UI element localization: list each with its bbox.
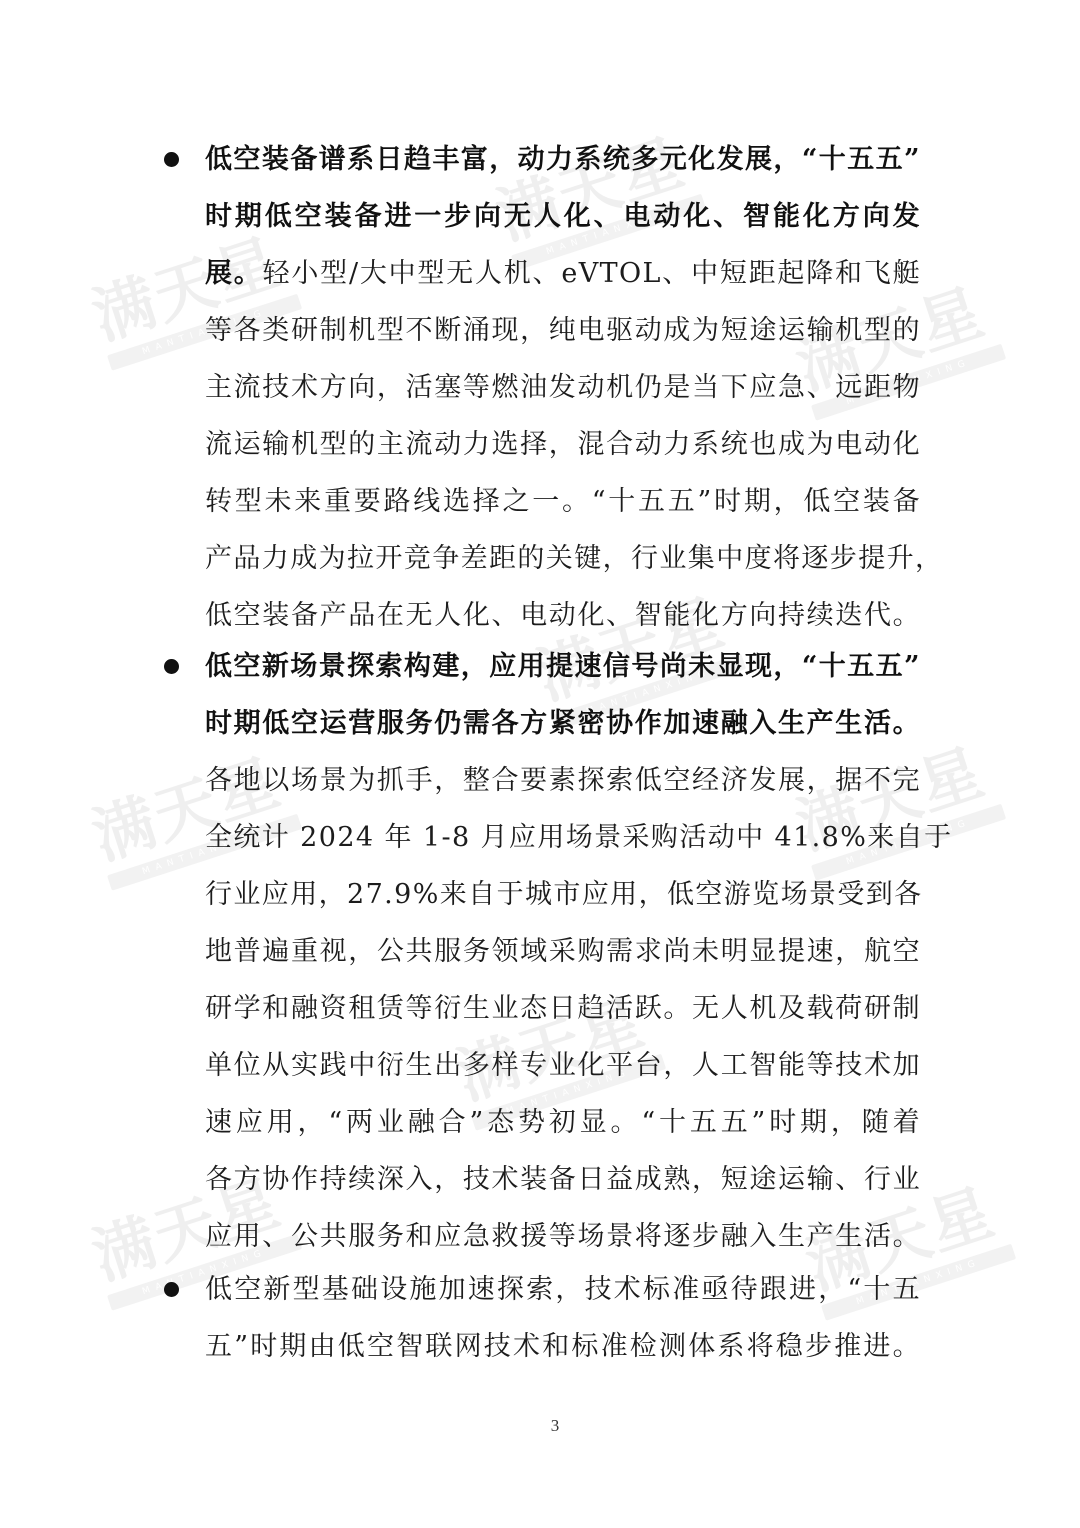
text-line: 行业应用，27.9%来自于城市应用，低空游览场景受到各	[205, 866, 921, 923]
body-text: 单位从实践中衍生出多样专业化平台，人工智能等技术加	[205, 1050, 921, 1081]
bullet-icon	[164, 152, 179, 167]
bold-lead-text: 低空装备谱系日趋丰富，动力系统多元化发展，“十五五”	[205, 144, 921, 175]
text-line: 等各类研制机型不断涌现，纯电驱动成为短途运输机型的	[205, 302, 921, 359]
bullet-item-infrastructure: 低空新型基础设施加速探索，技术标准亟待跟进，“十五 五”时期由低空智联网技术和标…	[205, 1261, 921, 1375]
text-line: 低空装备谱系日趋丰富，动力系统多元化发展，“十五五”	[205, 131, 921, 188]
text-line: 应用、公共服务和应急救援等场景将逐步融入生产生活。	[205, 1208, 921, 1265]
page-number: 3	[540, 1416, 570, 1436]
text-line: 各地以场景为抓手，整合要素探索低空经济发展，据不完	[205, 752, 921, 809]
text-line: 流运输机型的主流动力选择，混合动力系统也成为电动化	[205, 416, 921, 473]
bold-lead-text: 展。	[205, 258, 263, 289]
text-line: 速应用，“两业融合”态势初显。“十五五”时期，随着	[205, 1094, 921, 1151]
body-text: 行业应用，27.9%来自于城市应用，低空游览场景受到各	[205, 879, 923, 910]
paragraph: 低空装备谱系日趋丰富，动力系统多元化发展，“十五五” 时期低空装备进一步向无人化…	[205, 131, 921, 644]
text-line: 地普遍重视，公共服务领域采购需求尚未明显提速，航空	[205, 923, 921, 980]
text-line: 时期低空装备进一步向无人化、电动化、智能化方向发	[205, 188, 921, 245]
document-page: 满天星 MANTIANXING 满天星 MANTIANXING 满天星 MANT…	[0, 0, 1080, 1528]
text-line: 低空新型基础设施加速探索，技术标准亟待跟进，“十五	[205, 1261, 921, 1318]
bold-lead-text: 低空新场景探索构建，应用提速信号尚未显现，“十五五”	[205, 651, 921, 682]
body-text: 低空新型基础设施加速探索，技术标准亟待跟进，“十五	[205, 1274, 921, 1305]
body-text: 五”时期由低空智联网技术和标准检测体系将稳步推进。	[205, 1331, 921, 1362]
bold-lead-text: 时期低空装备进一步向无人化、电动化、智能化方向发	[205, 201, 921, 232]
text-line: 单位从实践中衍生出多样专业化平台，人工智能等技术加	[205, 1037, 921, 1094]
body-text: 产品力成为拉开竞争差距的关键，行业集中度将逐步提升，	[205, 543, 943, 574]
body-text: 转型未来重要路线选择之一。“十五五”时期，低空装备	[205, 486, 921, 517]
text-line: 五”时期由低空智联网技术和标准检测体系将稳步推进。	[205, 1318, 921, 1375]
text-line: 研学和融资租赁等衍生业态日趋活跃。无人机及载荷研制	[205, 980, 921, 1037]
body-text: 全统计 2024 年 1-8 月应用场景采购活动中 41.8%来自于	[205, 822, 952, 853]
body-text: 应用、公共服务和应急救援等场景将逐步融入生产生活。	[205, 1221, 921, 1252]
text-line: 产品力成为拉开竞争差距的关键，行业集中度将逐步提升，	[205, 530, 921, 587]
text-line: 展。轻小型/大中型无人机、eVTOL、中短距起降和飞艇	[205, 245, 921, 302]
body-text: 等各类研制机型不断涌现，纯电驱动成为短途运输机型的	[205, 315, 921, 346]
text-line: 转型未来重要路线选择之一。“十五五”时期，低空装备	[205, 473, 921, 530]
body-text: 地普遍重视，公共服务领域采购需求尚未明显提速，航空	[205, 936, 921, 967]
body-text: 速应用，“两业融合”态势初显。“十五五”时期，随着	[205, 1107, 921, 1138]
body-text: 研学和融资租赁等衍生业态日趋活跃。无人机及载荷研制	[205, 993, 921, 1024]
text-line: 低空新场景探索构建，应用提速信号尚未显现，“十五五”	[205, 638, 921, 695]
body-text: 各地以场景为抓手，整合要素探索低空经济发展，据不完	[205, 765, 921, 796]
paragraph: 低空新型基础设施加速探索，技术标准亟待跟进，“十五 五”时期由低空智联网技术和标…	[205, 1261, 921, 1375]
bullet-icon	[164, 659, 179, 674]
bold-lead-text: 时期低空运营服务仍需各方紧密协作加速融入生产生活。	[205, 708, 921, 739]
body-text: 流运输机型的主流动力选择，混合动力系统也成为电动化	[205, 429, 921, 460]
bullet-icon	[164, 1282, 179, 1297]
paragraph: 低空新场景探索构建，应用提速信号尚未显现，“十五五” 时期低空运营服务仍需各方紧…	[205, 638, 921, 1265]
text-line: 低空装备产品在无人化、电动化、智能化方向持续迭代。	[205, 587, 921, 644]
bullet-item-scenarios: 低空新场景探索构建，应用提速信号尚未显现，“十五五” 时期低空运营服务仍需各方紧…	[205, 638, 921, 1265]
body-text: 主流技术方向，活塞等燃油发动机仍是当下应急、远距物	[205, 372, 921, 403]
text-line: 主流技术方向，活塞等燃油发动机仍是当下应急、远距物	[205, 359, 921, 416]
text-line: 时期低空运营服务仍需各方紧密协作加速融入生产生活。	[205, 695, 921, 752]
body-text: 轻小型/大中型无人机、eVTOL、中短距起降和飞艇	[263, 258, 921, 289]
body-text: 各方协作持续深入，技术装备日益成熟，短途运输、行业	[205, 1164, 921, 1195]
body-text: 低空装备产品在无人化、电动化、智能化方向持续迭代。	[205, 600, 921, 631]
text-line: 全统计 2024 年 1-8 月应用场景采购活动中 41.8%来自于	[205, 809, 921, 866]
bullet-item-equipment: 低空装备谱系日趋丰富，动力系统多元化发展，“十五五” 时期低空装备进一步向无人化…	[205, 131, 921, 644]
text-line: 各方协作持续深入，技术装备日益成熟，短途运输、行业	[205, 1151, 921, 1208]
